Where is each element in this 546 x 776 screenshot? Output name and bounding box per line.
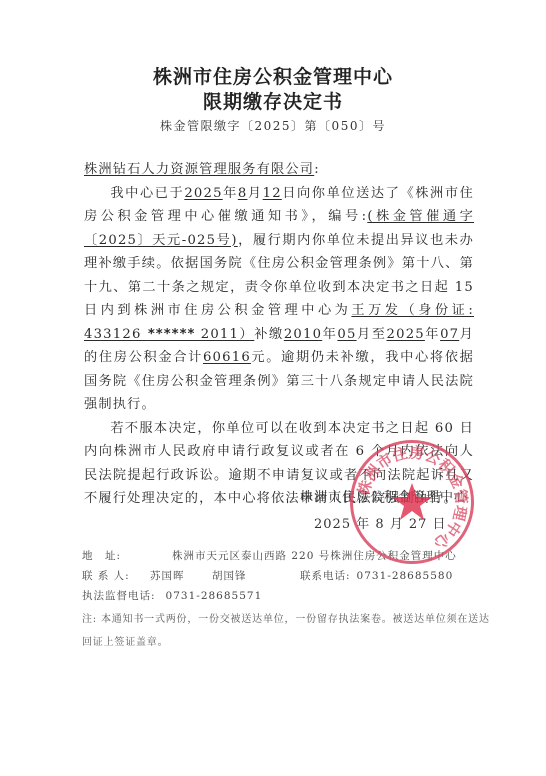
to-year: 2025 — [387, 327, 425, 342]
document-title-org: 株洲市住房公积金管理中心 — [0, 62, 546, 89]
from-year: 2010 — [284, 327, 322, 342]
amount: 60616 — [203, 350, 251, 365]
phone-label: 联系电话: — [300, 566, 357, 586]
id-tail: 2011） — [195, 327, 254, 342]
text: 年 — [223, 186, 238, 201]
document-note: 注: 本通知书一式两份，一份交被送达单位，一份留存执法案卷。被送达单位须在送达 … — [82, 608, 502, 654]
text: 月至 — [357, 327, 387, 342]
recipient-colon: : — [314, 162, 320, 177]
document-number: 株金管限缴字〔2025〕第〔050〕号 — [0, 117, 546, 134]
notice-year: 2025 — [184, 186, 222, 201]
supervision-row: 执法监督电话: 0731-28685571 — [82, 586, 502, 606]
supervision-label: 执法监督电话: — [82, 586, 166, 606]
supervision-phone: 0731-28685571 — [166, 586, 263, 606]
paragraph-1: 我中心已于2025年8月12日向你单位送达了《株洲市住房公积金管理中心催缴通知书… — [84, 182, 474, 417]
id-masked: ****** — [147, 327, 195, 342]
document-page: 株洲市住房公积金管理中心 限期缴存决定书 株金管限缴字〔2025〕第〔050〕号… — [0, 0, 546, 776]
contact-label: 联 系 人: — [82, 566, 150, 586]
text: 补缴 — [254, 327, 284, 342]
contact-person-1: 苏国晖 — [150, 566, 212, 586]
official-seal: 株洲市住房公积金管理中心 — [350, 440, 474, 564]
note-line-1: 注: 本通知书一式两份，一份交被送达单位，一份留存执法案卷。被送达单位须在送达 — [82, 608, 502, 631]
note-line-2: 回证上签证盖章。 — [82, 631, 502, 654]
phone-value: 0731-28685580 — [357, 566, 454, 586]
recipient-line: 株洲钻石人力资源管理服务有限公司: — [84, 158, 474, 182]
to-month: 07 — [440, 327, 459, 342]
text: 我中心已于 — [110, 186, 184, 201]
from-month: 05 — [337, 327, 356, 342]
document-title: 限期缴存决定书 — [0, 87, 546, 114]
text: 月 — [247, 186, 262, 201]
contact-person-2: 胡国锋 — [212, 566, 300, 586]
contact-row: 联 系 人: 苏国晖 胡国锋 联系电话: 0731-28685580 — [82, 566, 502, 586]
seal-star-icon: 株洲市住房公积金管理中心 — [353, 443, 471, 561]
notice-day: 12 — [263, 186, 282, 201]
address-label: 地 址: — [82, 546, 150, 566]
text: 年 — [322, 327, 337, 342]
text: 年 — [425, 327, 440, 342]
recipient-name: 株洲钻石人力资源管理服务有限公司 — [84, 162, 314, 177]
